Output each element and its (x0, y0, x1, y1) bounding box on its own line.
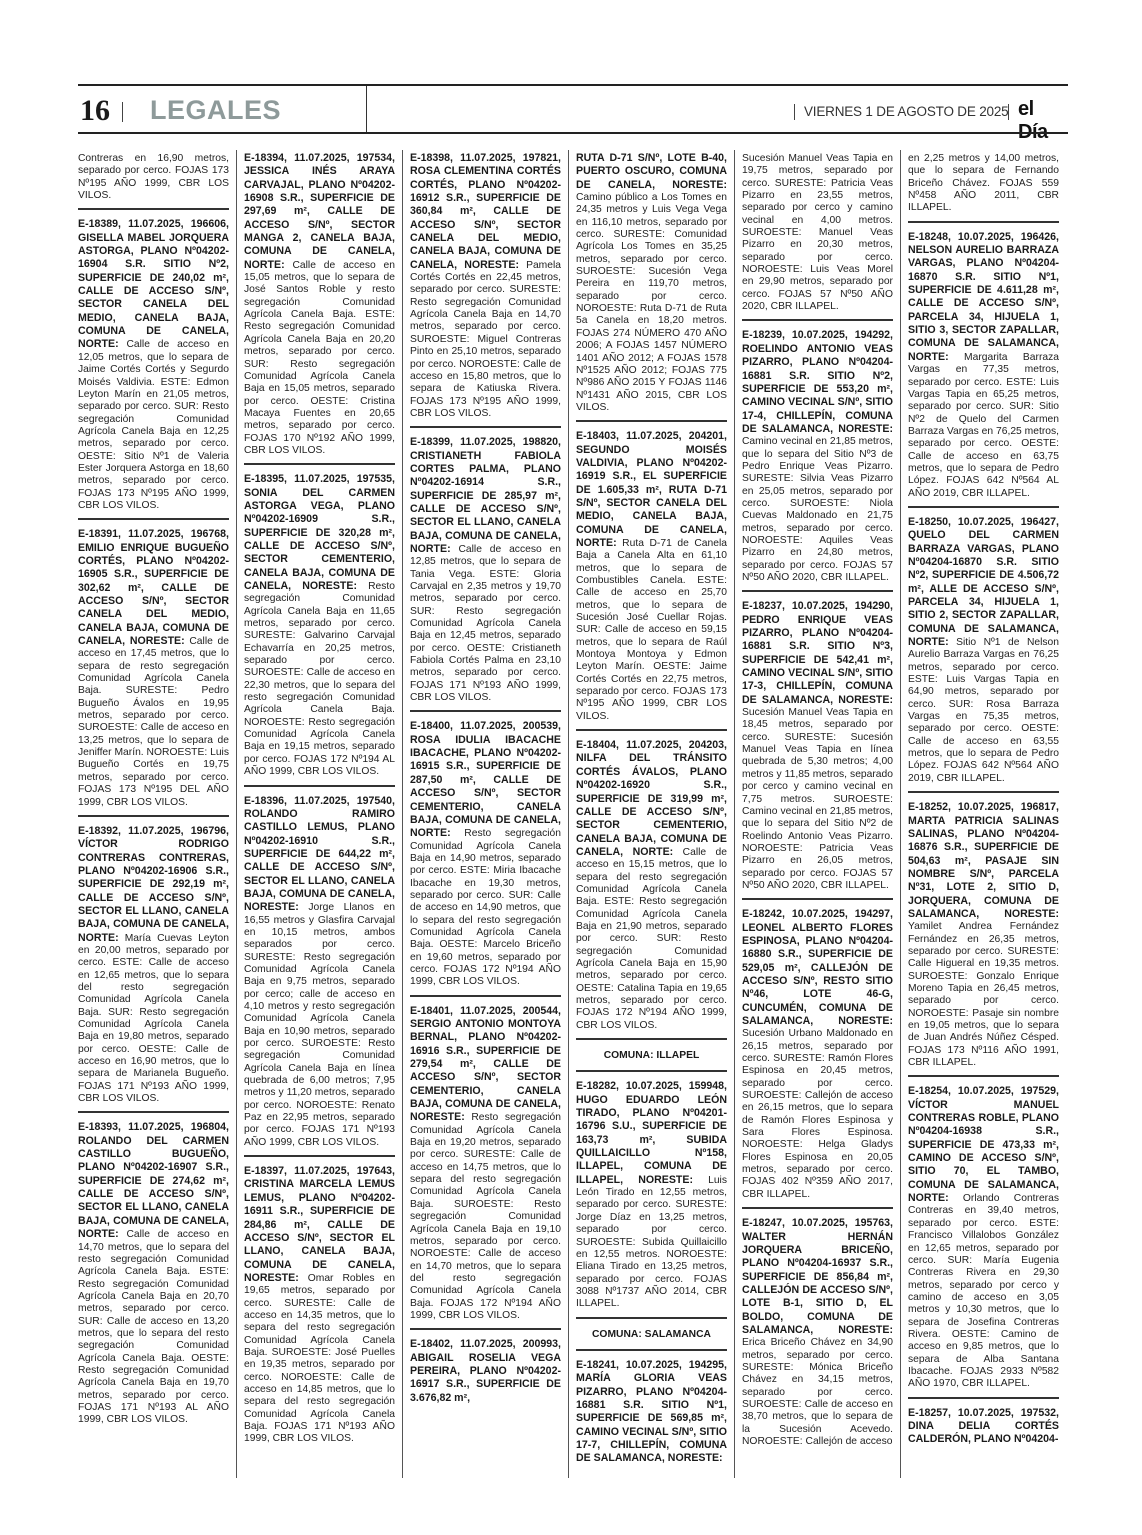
legal-notice: E-18391, 11.07.2025, 196768, EMILIO ENRI… (78, 526, 229, 817)
legal-notice: E-18400, 11.07.2025, 200539, ROSA IDULIA… (410, 718, 561, 996)
legal-notice: E-18392, 11.07.2025, 196796, VÍCTOR RODR… (78, 823, 229, 1114)
legal-notice: E-18397, 11.07.2025, 197643, CRISTINA MA… (244, 1163, 395, 1452)
legal-notice: en 2,25 metros y 14,00 metros, que lo se… (908, 150, 1059, 223)
legal-notice: E-18250, 10.07.2025, 196427, QUELO DEL C… (908, 514, 1059, 793)
legal-notice: E-18248, 10.07.2025, 196426, NELSON AURE… (908, 229, 1059, 508)
header-bottom-rule (78, 132, 1068, 134)
legal-notice: E-18247, 10.07.2025, 195763, WALTER HERN… (742, 1215, 893, 1454)
header-vertical-rule (366, 86, 367, 134)
legal-notice: E-18402, 11.07.2025, 200993, ABIGAIL ROS… (410, 1336, 561, 1411)
column-4: RUTA D-71 S/Nº, LOTE B-40, PUERTO OSCURO… (569, 150, 735, 1478)
legal-notice: E-18241, 10.07.2025, 194295, MARÍA GLORI… (576, 1357, 727, 1472)
legal-notices-columns: Contreras en 16,90 metros, separado por … (78, 150, 1068, 1478)
legal-notice: Contreras en 16,90 metros, separado por … (78, 150, 229, 210)
legal-notice: E-18398, 11.07.2025, 197821, ROSA CLEMEN… (410, 150, 561, 428)
newspaper-logo: el Día (1018, 98, 1068, 144)
column-3: E-18398, 11.07.2025, 197821, ROSA CLEMEN… (403, 150, 569, 1478)
legal-notice: E-18399, 11.07.2025, 198820, CRISTIANETH… (410, 434, 561, 712)
legal-notice: E-18394, 11.07.2025, 197534, JESSICA INÉ… (244, 150, 395, 465)
legal-notice: E-18282, 10.07.2025, 159948, HUGO EDUARD… (576, 1078, 727, 1318)
legal-notice: E-18395, 11.07.2025, 197535, SONIA DEL C… (244, 471, 395, 786)
comuna-heading-illapel: COMUNA: ILLAPEL (576, 1046, 727, 1072)
legal-notice: E-18401, 11.07.2025, 200544, SERGIO ANTO… (410, 1003, 561, 1331)
legal-notice: E-18237, 10.07.2025, 194290, PEDRO ENRIQ… (742, 598, 893, 900)
comuna-heading-salamanca: COMUNA: SALAMANCA (576, 1325, 727, 1351)
column-5: Sucesión Manuel Veas Tapia en 19,75 metr… (735, 150, 901, 1478)
legal-notice: E-18393, 11.07.2025, 196804, ROLANDO DEL… (78, 1119, 229, 1432)
page-number: 16 (80, 94, 110, 128)
legal-notice: E-18403, 11.07.2025, 204201, SEGUNDO MOI… (576, 428, 727, 731)
column-6: en 2,25 metros y 14,00 metros, que lo se… (901, 150, 1066, 1478)
legal-notice: E-18242, 10.07.2025, 194297, LEONEL ALBE… (742, 906, 893, 1209)
legal-notice: E-18404, 11.07.2025, 204203, NILFA DEL T… (576, 737, 727, 1040)
header-divider (122, 102, 123, 122)
header-divider (794, 104, 795, 120)
legal-notice: E-18254, 10.07.2025, 197529, VÍCTOR MANU… (908, 1083, 1059, 1398)
legal-notice: E-18252, 10.07.2025, 196817, MARTA PATRI… (908, 799, 1059, 1077)
column-1: Contreras en 16,90 metros, separado por … (78, 150, 237, 1478)
legal-notice: E-18239, 10.07.2025, 194292, ROELINDO AN… (742, 327, 893, 592)
legal-notice: RUTA D-71 S/Nº, LOTE B-40, PUERTO OSCURO… (576, 150, 727, 422)
legal-notice: E-18396, 11.07.2025, 197540, ROLANDO RAM… (244, 793, 395, 1158)
publication-date: VIERNES 1 DE AGOSTO DE 2025 (804, 104, 1008, 119)
section-title: LEGALES (150, 95, 281, 126)
legal-notice: Sucesión Manuel Veas Tapia en 19,75 metr… (742, 150, 893, 321)
legal-notice: E-18257, 10.07.2025, 197532, DINA DELIA … (908, 1405, 1059, 1453)
column-2: E-18394, 11.07.2025, 197534, JESSICA INÉ… (237, 150, 403, 1478)
header-divider (1008, 104, 1009, 120)
legal-notice: E-18389, 11.07.2025, 196606, GISELLA MAB… (78, 216, 229, 520)
page-header: 16 LEGALES VIERNES 1 DE AGOSTO DE 2025 e… (78, 86, 1068, 132)
